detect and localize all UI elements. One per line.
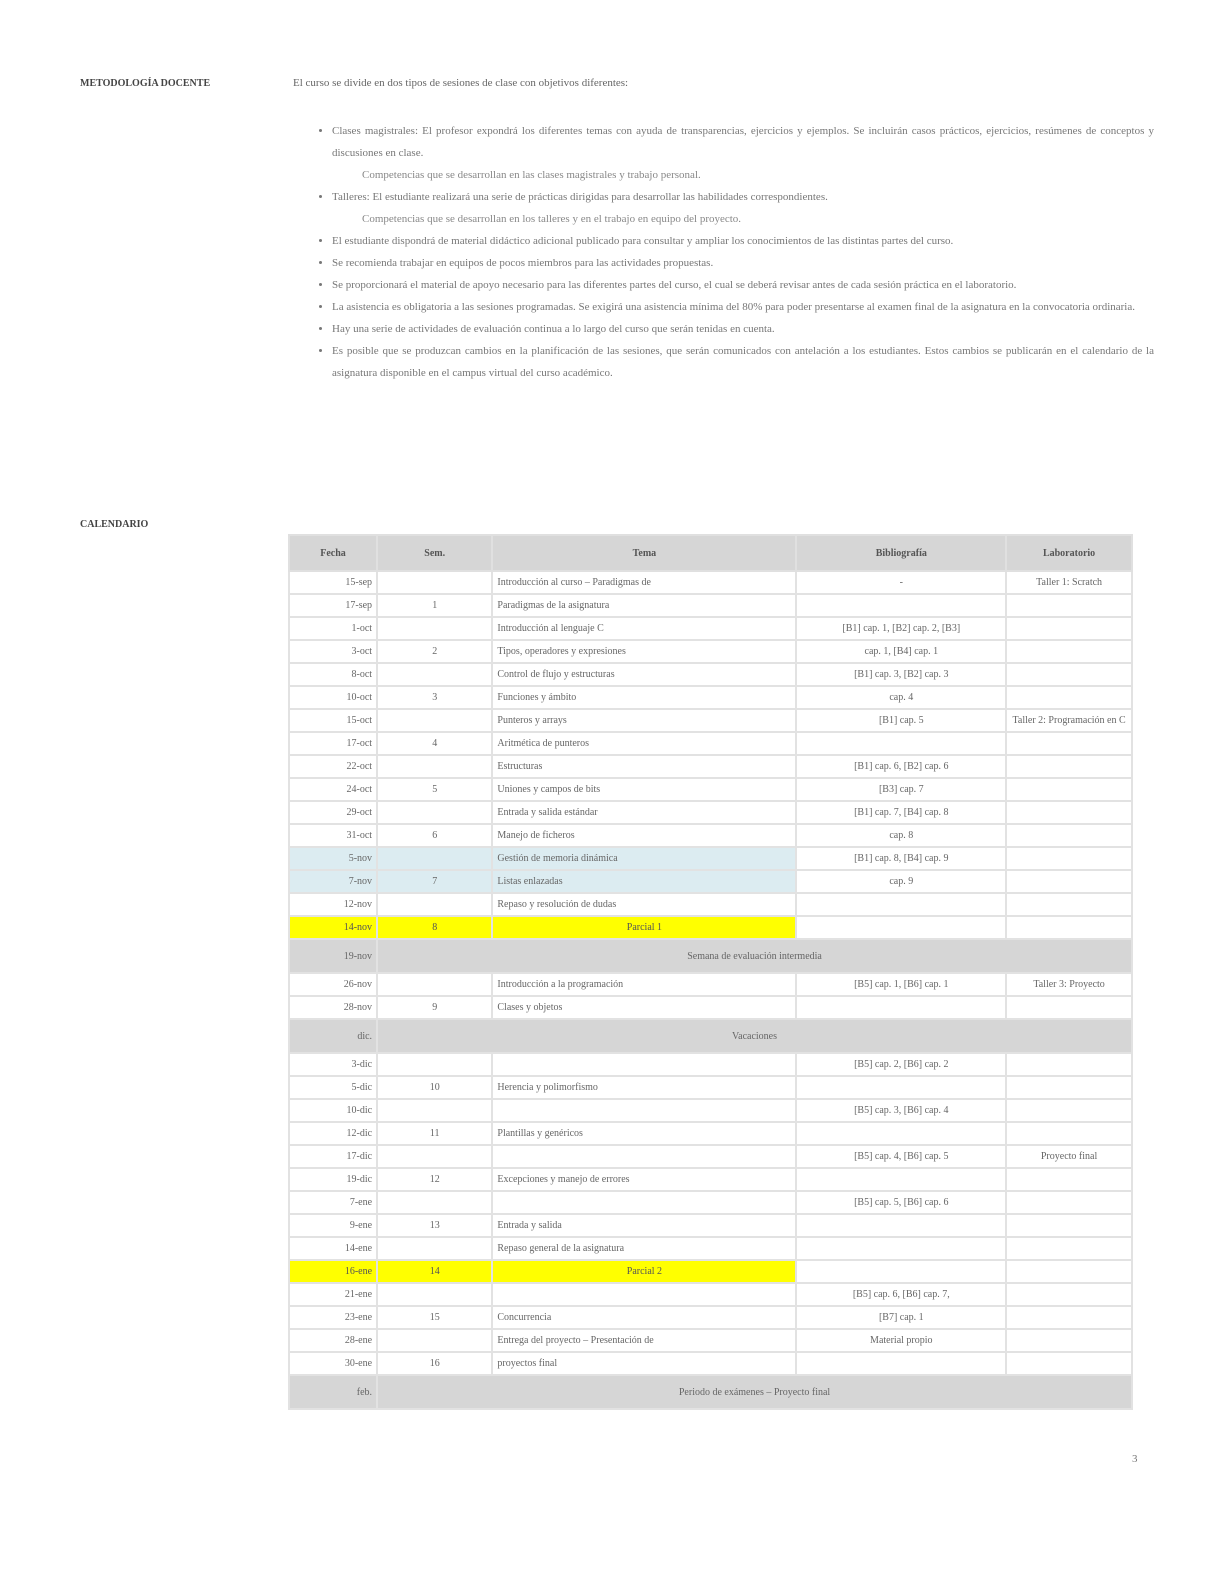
row-date: 26-nov [289,973,377,996]
row-date: 17-sep [289,594,377,617]
table-row: 17-oct4Aritmética de punteros [289,732,1132,755]
header-date: Fecha [289,535,377,571]
row-bibliography: cap. 4 [796,686,1006,709]
separator-row: feb.Periodo de exámenes – Proyecto final [289,1375,1132,1409]
row-date: 19-nov [289,939,377,973]
row-week: 9 [377,996,492,1019]
row-topic: Aritmética de punteros [492,732,796,755]
table-row: 19-dic12Excepciones y manejo de errores [289,1168,1132,1191]
section-label-methodology: Metodología docente [80,77,210,90]
row-week [377,755,492,778]
table-row: 17-sep1Paradigmas de la asignatura [289,594,1132,617]
row-bibliography [796,996,1006,1019]
table-header-row: Fecha Sem. Tema Bibliografía Laboratorio [289,535,1132,571]
row-topic: Repaso y resolución de dudas [492,893,796,916]
row-topic: Introducción al curso – Paradigmas de [492,571,796,594]
row-bibliography [796,893,1006,916]
row-week [377,1053,492,1076]
row-date: 17-oct [289,732,377,755]
row-lab [1006,732,1132,755]
table-row: 28-nov9Clases y objetos [289,996,1132,1019]
row-date: 16-ene [289,1260,377,1283]
row-topic: Entrega del proyecto – Presentación de [492,1329,796,1352]
row-bibliography [796,1076,1006,1099]
row-date: 17-dic [289,1145,377,1168]
row-week [377,1099,492,1122]
row-topic: Repaso general de la asignatura [492,1237,796,1260]
table-row: 15-sepIntroducción al curso – Paradigmas… [289,571,1132,594]
row-date: 30-ene [289,1352,377,1375]
methodology-item: La asistencia es obligatoria a las sesio… [332,296,1154,318]
row-bibliography: [B5] cap. 1, [B6] cap. 1 [796,973,1006,996]
row-week: 15 [377,1306,492,1329]
row-bibliography: - [796,571,1006,594]
row-date: feb. [289,1375,377,1409]
row-topic: Concurrencia [492,1306,796,1329]
methodology-item-text: El estudiante dispondrá de material didá… [332,235,953,247]
row-date: 8-oct [289,663,377,686]
table-row: 5-novGestión de memoria dinámica[B1] cap… [289,847,1132,870]
row-bibliography: [B5] cap. 3, [B6] cap. 4 [796,1099,1006,1122]
methodology-item: Hay una serie de actividades de evaluaci… [332,318,1154,340]
row-topic: Uniones y campos de bits [492,778,796,801]
row-date: 3-oct [289,640,377,663]
row-topic: Paradigmas de la asignatura [492,594,796,617]
table-row: 23-ene15Concurrencia[B7] cap. 1 [289,1306,1132,1329]
row-topic: Tipos, operadores y expresiones [492,640,796,663]
row-lab [1006,1053,1132,1076]
row-week: 2 [377,640,492,663]
row-topic: Punteros y arrays [492,709,796,732]
methodology-item: Talleres: El estudiante realizará una se… [332,186,1154,230]
row-week [377,1283,492,1306]
row-topic: Manejo de ficheros [492,824,796,847]
table-row: 3-oct2Tipos, operadores y expresionescap… [289,640,1132,663]
row-topic: Excepciones y manejo de errores [492,1168,796,1191]
row-week [377,973,492,996]
row-week: 13 [377,1214,492,1237]
row-bibliography [796,732,1006,755]
row-lab [1006,1329,1132,1352]
row-date: 28-nov [289,996,377,1019]
row-lab [1006,847,1132,870]
row-bibliography: [B1] cap. 6, [B2] cap. 6 [796,755,1006,778]
row-week [377,801,492,824]
page-number: 3 [1132,1453,1138,1465]
row-bibliography: cap. 8 [796,824,1006,847]
table-row: 29-octEntrada y salida estándar[B1] cap.… [289,801,1132,824]
row-week: 5 [377,778,492,801]
row-date: 19-dic [289,1168,377,1191]
row-date: 10-dic [289,1099,377,1122]
row-topic: Entrada y salida estándar [492,801,796,824]
row-week: 4 [377,732,492,755]
table-row: 30-ene16proyectos final [289,1352,1132,1375]
row-topic: Parcial 1 [492,916,796,939]
row-date: 14-ene [289,1237,377,1260]
table-row: 28-eneEntrega del proyecto – Presentació… [289,1329,1132,1352]
table-row: 24-oct5Uniones y campos de bits[B3] cap.… [289,778,1132,801]
row-bibliography: [B5] cap. 5, [B6] cap. 6 [796,1191,1006,1214]
separator-label: Periodo de exámenes – Proyecto final [377,1375,1132,1409]
row-topic: Entrada y salida [492,1214,796,1237]
row-date: 10-oct [289,686,377,709]
row-week: 3 [377,686,492,709]
table-row: 10-oct3Funciones y ámbitocap. 4 [289,686,1132,709]
row-bibliography: cap. 1, [B4] cap. 1 [796,640,1006,663]
row-bibliography: [B1] cap. 5 [796,709,1006,732]
row-date: 21-ene [289,1283,377,1306]
row-topic [492,1145,796,1168]
row-topic [492,1283,796,1306]
table-row: 14-eneRepaso general de la asignatura [289,1237,1132,1260]
row-lab [1006,778,1132,801]
table-row: 9-ene13Entrada y salida [289,1214,1132,1237]
row-lab [1006,1076,1132,1099]
row-date: 15-sep [289,571,377,594]
table-row: 10-dic[B5] cap. 3, [B6] cap. 4 [289,1099,1132,1122]
table-row: 1-octIntroducción al lenguaje C[B1] cap.… [289,617,1132,640]
row-week [377,663,492,686]
row-bibliography: [B1] cap. 8, [B4] cap. 9 [796,847,1006,870]
methodology-item: Es posible que se produzcan cambios en l… [332,340,1154,384]
row-topic: Clases y objetos [492,996,796,1019]
row-lab [1006,1099,1132,1122]
row-topic: Introducción a la programación [492,973,796,996]
row-date: 24-oct [289,778,377,801]
methodology-item: Se proporcionará el material de apoyo ne… [332,274,1154,296]
section-label-calendar: Calendario [80,518,148,531]
row-lab: Taller 2: Programación en C [1006,709,1132,732]
row-topic [492,1191,796,1214]
methodology-subitem: Competencias que se desarrollan en los t… [332,208,1154,230]
row-lab [1006,686,1132,709]
methodology-item-text: Se proporcionará el material de apoyo ne… [332,279,1016,291]
row-date: 22-oct [289,755,377,778]
row-bibliography: [B5] cap. 4, [B6] cap. 5 [796,1145,1006,1168]
row-lab [1006,640,1132,663]
header-week: Sem. [377,535,492,571]
row-lab [1006,893,1132,916]
separator-row: dic.Vacaciones [289,1019,1132,1053]
row-lab: Taller 3: Proyecto [1006,973,1132,996]
schedule-table: Fecha Sem. Tema Bibliografía Laboratorio… [288,534,1133,1410]
row-bibliography: [B5] cap. 2, [B6] cap. 2 [796,1053,1006,1076]
methodology-item: Se recomienda trabajar en equipos de poc… [332,252,1154,274]
row-bibliography: Material propio [796,1329,1006,1352]
row-bibliography [796,1168,1006,1191]
methodology-subitem: Competencias que se desarrollan en las c… [332,164,1154,186]
table-row: 5-dic10Herencia y polimorfismo [289,1076,1132,1099]
row-lab [1006,1283,1132,1306]
methodology-item-text: Se recomienda trabajar en equipos de poc… [332,257,713,269]
row-bibliography [796,1214,1006,1237]
row-date: 23-ene [289,1306,377,1329]
row-lab: Proyecto final [1006,1145,1132,1168]
row-week [377,1237,492,1260]
methodology-item-text: La asistencia es obligatoria a las sesio… [332,301,1135,313]
row-bibliography [796,1237,1006,1260]
separator-row: 19-novSemana de evaluación intermedia [289,939,1132,973]
separator-label: Semana de evaluación intermedia [377,939,1132,973]
row-lab [1006,663,1132,686]
table-row: 7-nov7Listas enlazadascap. 9 [289,870,1132,893]
methodology-item-text: Hay una serie de actividades de evaluaci… [332,323,775,335]
row-week [377,617,492,640]
row-bibliography [796,916,1006,939]
row-topic: Plantillas y genéricos [492,1122,796,1145]
row-lab [1006,824,1132,847]
row-date: 15-oct [289,709,377,732]
methodology-item: El estudiante dispondrá de material didá… [332,230,1154,252]
row-date: 5-dic [289,1076,377,1099]
row-lab [1006,755,1132,778]
row-lab [1006,870,1132,893]
row-topic [492,1053,796,1076]
row-lab [1006,1352,1132,1375]
row-date: 5-nov [289,847,377,870]
row-date: 3-dic [289,1053,377,1076]
row-topic: Listas enlazadas [492,870,796,893]
row-lab: Taller 1: Scratch [1006,571,1132,594]
row-lab [1006,1214,1132,1237]
row-topic [492,1099,796,1122]
row-bibliography [796,1260,1006,1283]
row-date: 31-oct [289,824,377,847]
row-lab [1006,1237,1132,1260]
row-bibliography [796,594,1006,617]
row-topic: proyectos final [492,1352,796,1375]
row-date: 12-nov [289,893,377,916]
row-topic: Funciones y ámbito [492,686,796,709]
row-week [377,709,492,732]
row-bibliography: [B1] cap. 7, [B4] cap. 8 [796,801,1006,824]
row-week [377,847,492,870]
row-week [377,1329,492,1352]
table-row: 26-novIntroducción a la programación[B5]… [289,973,1132,996]
table-row: 22-octEstructuras[B1] cap. 6, [B2] cap. … [289,755,1132,778]
row-week: 16 [377,1352,492,1375]
row-lab [1006,1191,1132,1214]
row-date: 1-oct [289,617,377,640]
row-week [377,893,492,916]
table-row: 12-novRepaso y resolución de dudas [289,893,1132,916]
exam-row: 14-nov8Parcial 1 [289,916,1132,939]
row-date: 12-dic [289,1122,377,1145]
row-date: 7-ene [289,1191,377,1214]
row-week: 11 [377,1122,492,1145]
row-lab [1006,617,1132,640]
table-row: 12-dic11Plantillas y genéricos [289,1122,1132,1145]
row-week [377,1191,492,1214]
row-bibliography: [B3] cap. 7 [796,778,1006,801]
table-row: 17-dic[B5] cap. 4, [B6] cap. 5Proyecto f… [289,1145,1132,1168]
row-lab [1006,916,1132,939]
row-bibliography [796,1352,1006,1375]
row-week: 14 [377,1260,492,1283]
row-bibliography: [B7] cap. 1 [796,1306,1006,1329]
row-date: 28-ene [289,1329,377,1352]
row-lab [1006,1168,1132,1191]
row-lab [1006,996,1132,1019]
row-lab [1006,594,1132,617]
row-week [377,1145,492,1168]
table-row: 21-ene[B5] cap. 6, [B6] cap. 7, [289,1283,1132,1306]
table-row: 3-dic[B5] cap. 2, [B6] cap. 2 [289,1053,1132,1076]
methodology-item-text: Es posible que se produzcan cambios en l… [332,345,1154,379]
row-bibliography [796,1122,1006,1145]
row-topic: Estructuras [492,755,796,778]
separator-label: Vacaciones [377,1019,1132,1053]
row-week [377,571,492,594]
row-bibliography: [B1] cap. 3, [B2] cap. 3 [796,663,1006,686]
methodology-list: Clases magistrales: El profesor expondrá… [310,120,1154,384]
row-date: 29-oct [289,801,377,824]
row-topic: Herencia y polimorfismo [492,1076,796,1099]
table-row: 7-ene[B5] cap. 5, [B6] cap. 6 [289,1191,1132,1214]
table-row: 31-oct6Manejo de ficheroscap. 8 [289,824,1132,847]
methodology-item: Clases magistrales: El profesor expondrá… [332,120,1154,186]
header-topic: Tema [492,535,796,571]
row-lab [1006,801,1132,824]
exam-row: 16-ene14Parcial 2 [289,1260,1132,1283]
intro-paragraph: El curso se divide en dos tipos de sesio… [293,77,1133,89]
methodology-item-text: Clases magistrales: El profesor expondrá… [332,125,1154,159]
row-date: dic. [289,1019,377,1053]
row-date: 14-nov [289,916,377,939]
header-lab: Laboratorio [1006,535,1132,571]
row-week: 6 [377,824,492,847]
table-row: 15-octPunteros y arrays[B1] cap. 5Taller… [289,709,1132,732]
row-topic: Introducción al lenguaje C [492,617,796,640]
row-bibliography: cap. 9 [796,870,1006,893]
row-week: 12 [377,1168,492,1191]
header-bibliography: Bibliografía [796,535,1006,571]
row-date: 7-nov [289,870,377,893]
table-row: 8-octControl de flujo y estructuras[B1] … [289,663,1132,686]
row-week: 1 [377,594,492,617]
row-week: 10 [377,1076,492,1099]
row-lab [1006,1260,1132,1283]
row-week: 8 [377,916,492,939]
row-topic: Gestión de memoria dinámica [492,847,796,870]
row-lab [1006,1306,1132,1329]
row-date: 9-ene [289,1214,377,1237]
row-topic: Control de flujo y estructuras [492,663,796,686]
row-bibliography: [B1] cap. 1, [B2] cap. 2, [B3] [796,617,1006,640]
row-week: 7 [377,870,492,893]
row-bibliography: [B5] cap. 6, [B6] cap. 7, [796,1283,1006,1306]
row-topic: Parcial 2 [492,1260,796,1283]
methodology-item-text: Talleres: El estudiante realizará una se… [332,191,828,203]
row-lab [1006,1122,1132,1145]
